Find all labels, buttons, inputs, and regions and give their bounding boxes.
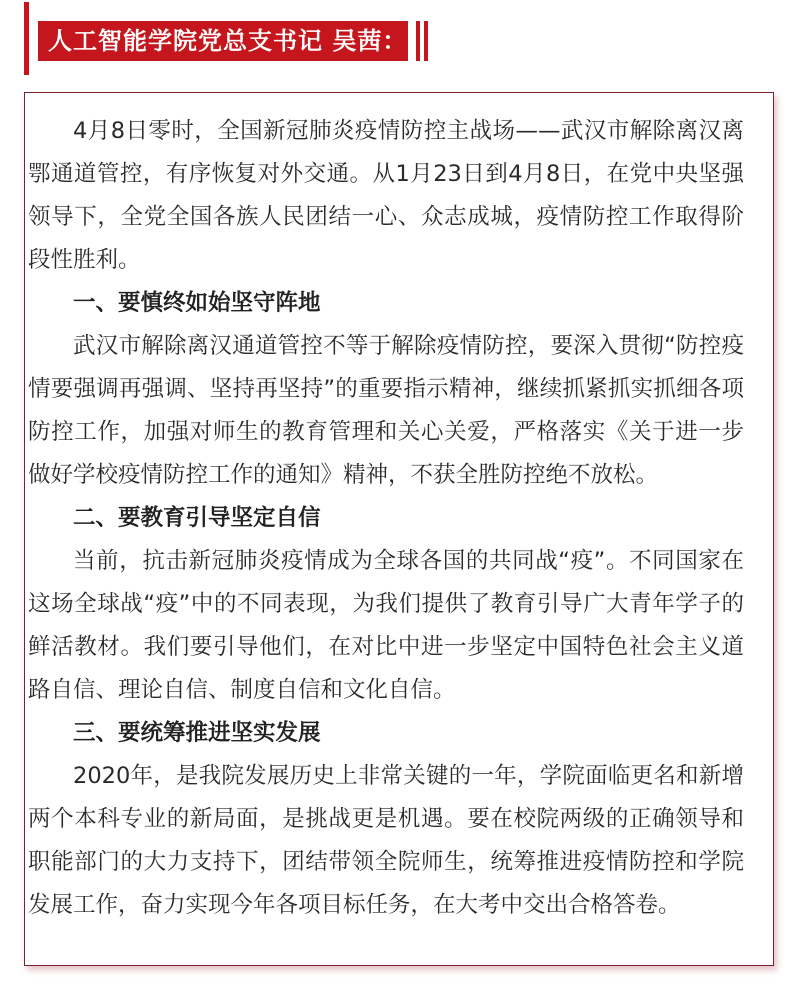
section-body-3: 2020年，是我院发展历史上非常关键的一年，学院面临更名和新增两个本科专业的新局… [28, 755, 744, 927]
speaker-title-banner: 人工智能学院党总支书记 吴茜： [38, 21, 408, 61]
banner-accent-bar-2 [424, 21, 428, 61]
banner-accent-bar-1 [416, 21, 420, 61]
section-body-1: 武汉市解除离汉通道管控不等于解除疫情防控，要深入贯彻“防控疫情要强调再强调、坚持… [28, 325, 744, 497]
article-content: 4月8日零时，全国新冠肺炎疫情防控主战场——武汉市解除离汉离鄂通道管控，有序恢复… [28, 110, 744, 927]
section-body-2: 当前，抗击新冠肺炎疫情成为全球各国的共同战“疫”。不同国家在这场全球战“疫”中的… [28, 540, 744, 712]
section-heading-1: 一、要慎终如始坚守阵地 [28, 282, 744, 325]
section-heading-3: 三、要统筹推进坚实发展 [28, 712, 744, 755]
intro-paragraph: 4月8日零时，全国新冠肺炎疫情防控主战场——武汉市解除离汉离鄂通道管控，有序恢复… [28, 110, 744, 282]
left-accent-bar [24, 2, 29, 75]
section-heading-2: 二、要教育引导坚定自信 [28, 497, 744, 540]
